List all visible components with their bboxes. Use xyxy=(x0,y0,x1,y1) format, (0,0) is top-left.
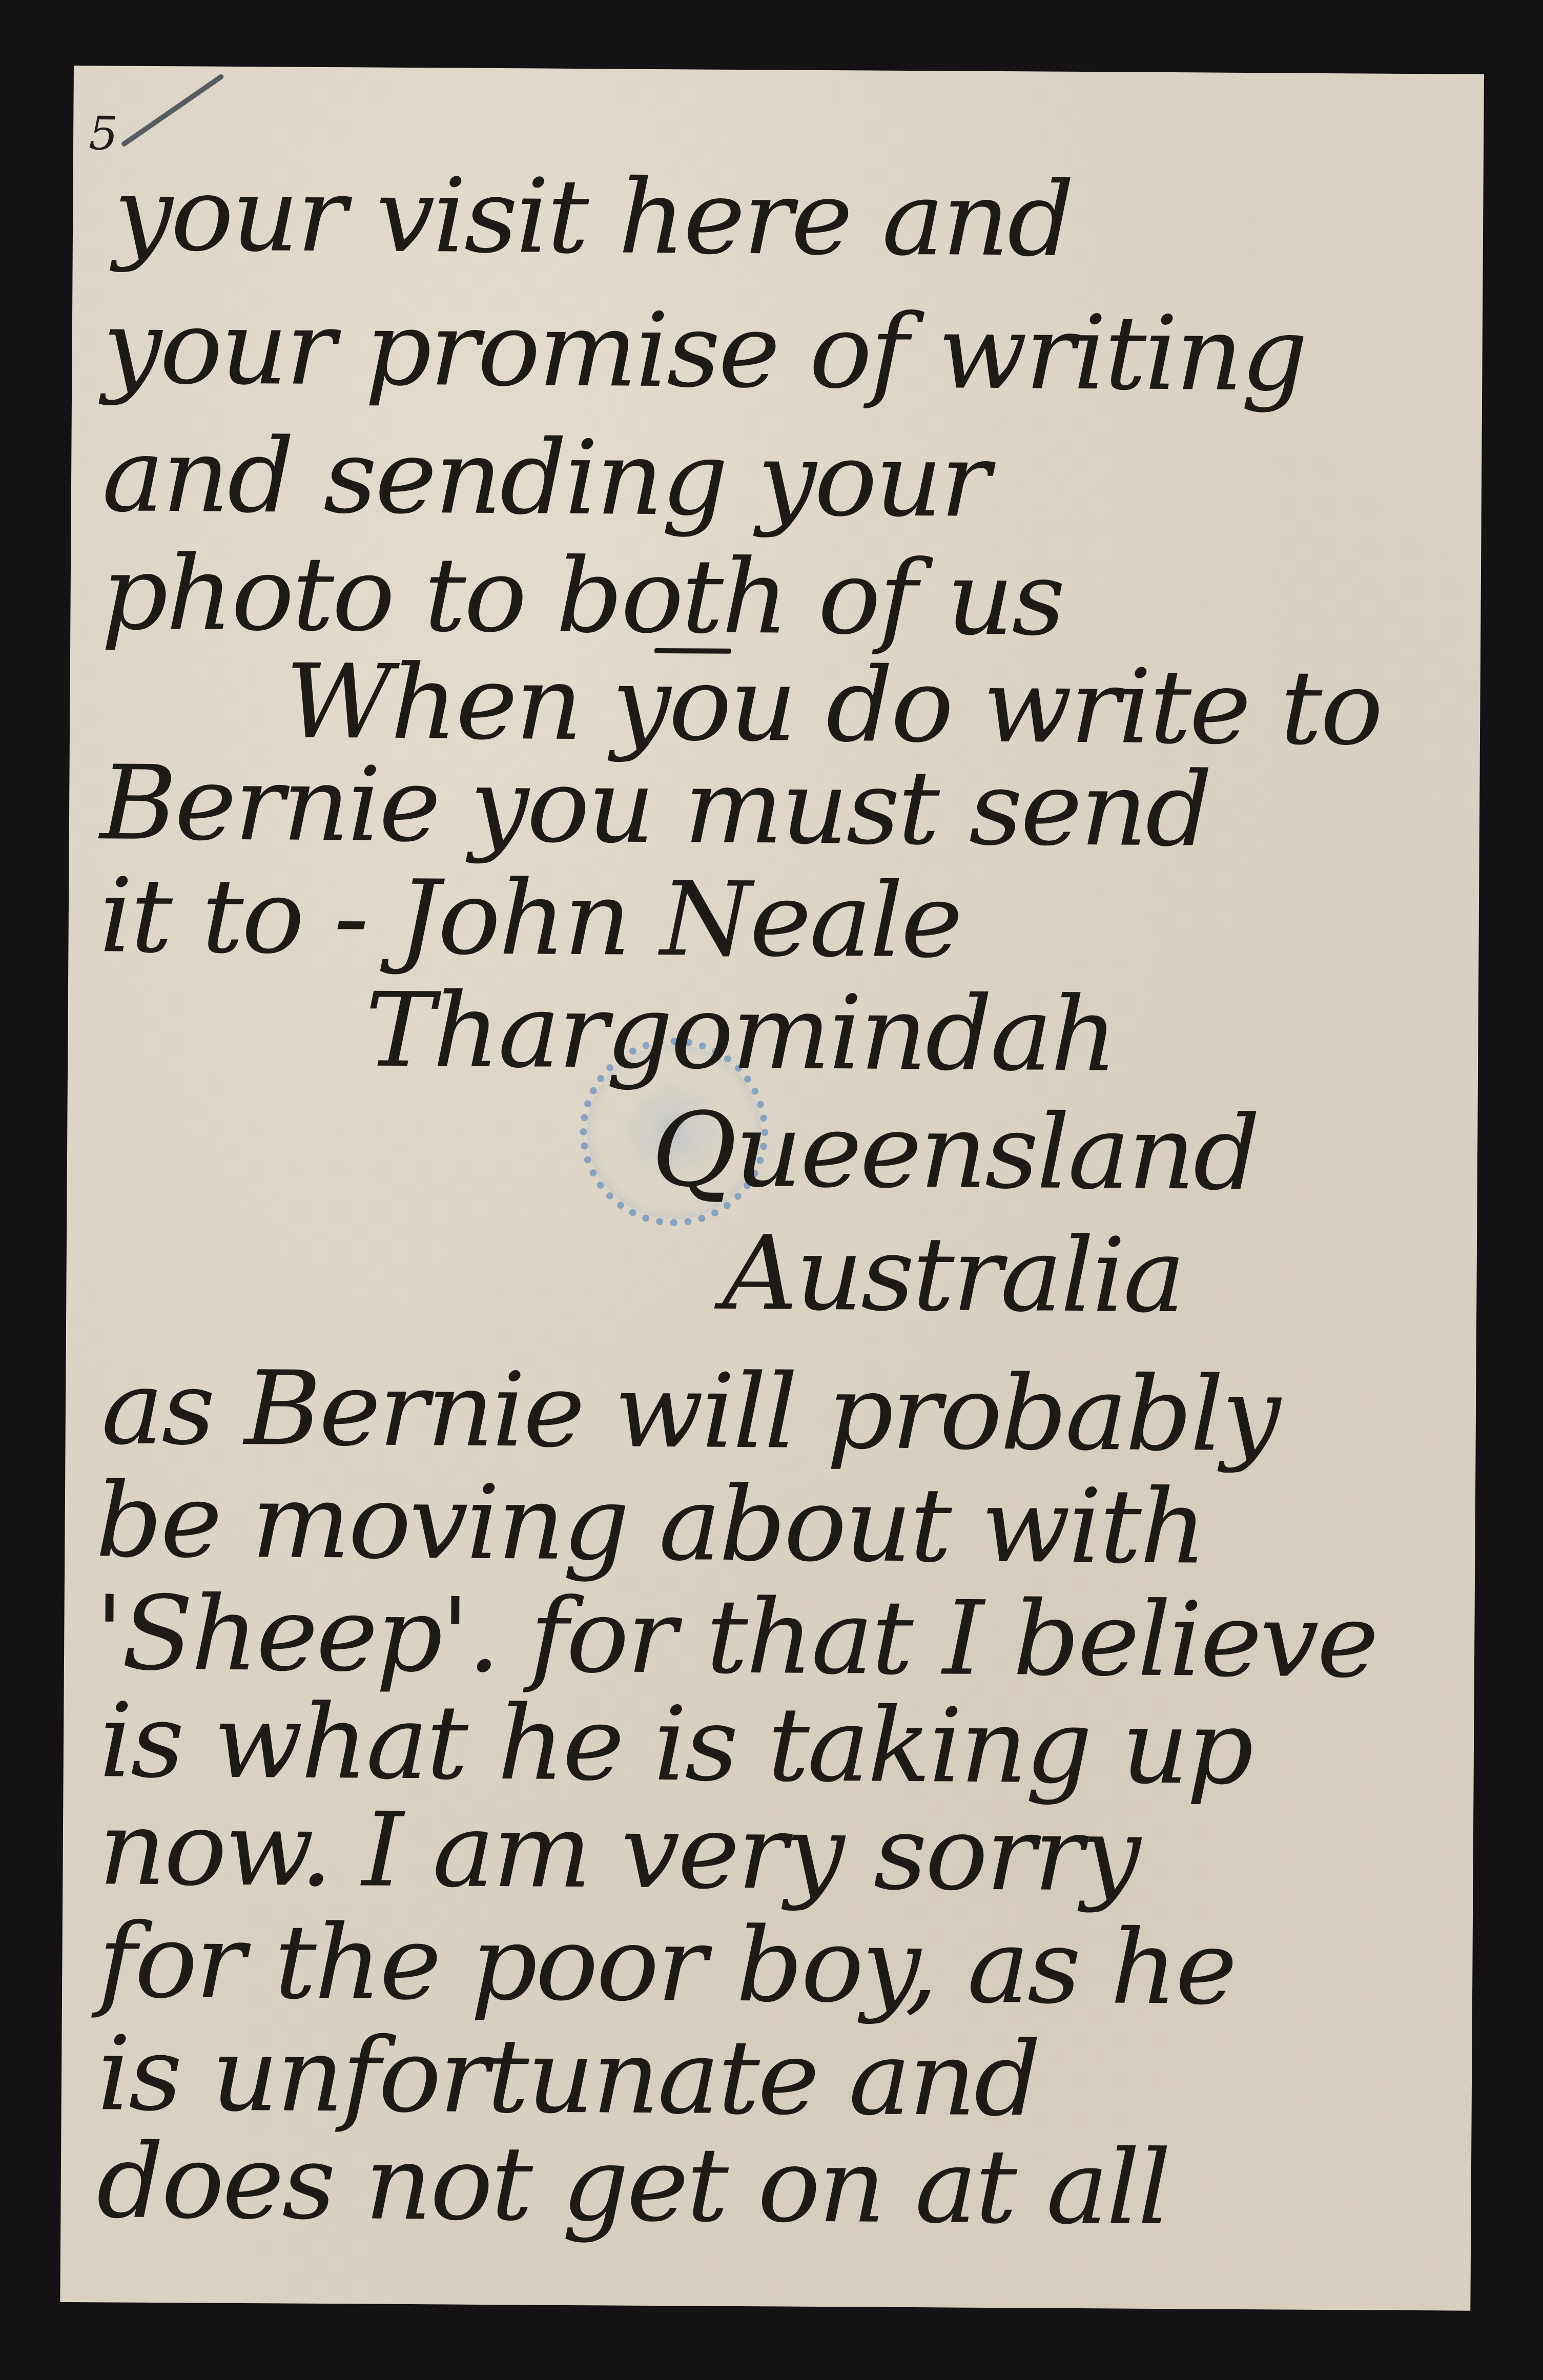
letter-line-13: 'Sheep'. for that I believe xyxy=(95,1582,1377,1692)
letter-line-15: now. I am very sorry xyxy=(98,1797,1139,1906)
letter-line-12: be moving about with xyxy=(95,1470,1205,1579)
letter-line-1: your visit here and xyxy=(114,163,1073,271)
letter-line-2: your promise of writing xyxy=(102,296,1306,406)
letter-line-6: Bernie you must send xyxy=(100,752,1211,861)
letter-line-5: When you do write to xyxy=(285,651,1382,760)
letter-line-18: does not get on at all xyxy=(96,2130,1169,2240)
address-country: Australia xyxy=(722,1223,1184,1328)
letter-line-17: is unfortunate and xyxy=(97,2023,1039,2131)
letter-line-16: for the poor boy, as he xyxy=(98,1910,1236,2020)
letter-line-14: is what he is taking up xyxy=(99,1690,1252,1799)
letter-line-7: it to - John Neale xyxy=(99,865,961,972)
letter-line-4: photo to both of us xyxy=(101,542,1064,650)
letter-line-3: and sending your xyxy=(102,424,989,532)
address-state: Queensland xyxy=(651,1099,1258,1205)
folio-slash-mark xyxy=(120,73,224,148)
folio-number: 5 xyxy=(89,107,118,160)
address-town: Thargomindah xyxy=(365,980,1116,1087)
letter-line-11: as Bernie will probably xyxy=(101,1357,1279,1466)
letter-page: 5 your visit here and your promise of wr… xyxy=(60,66,1484,2311)
